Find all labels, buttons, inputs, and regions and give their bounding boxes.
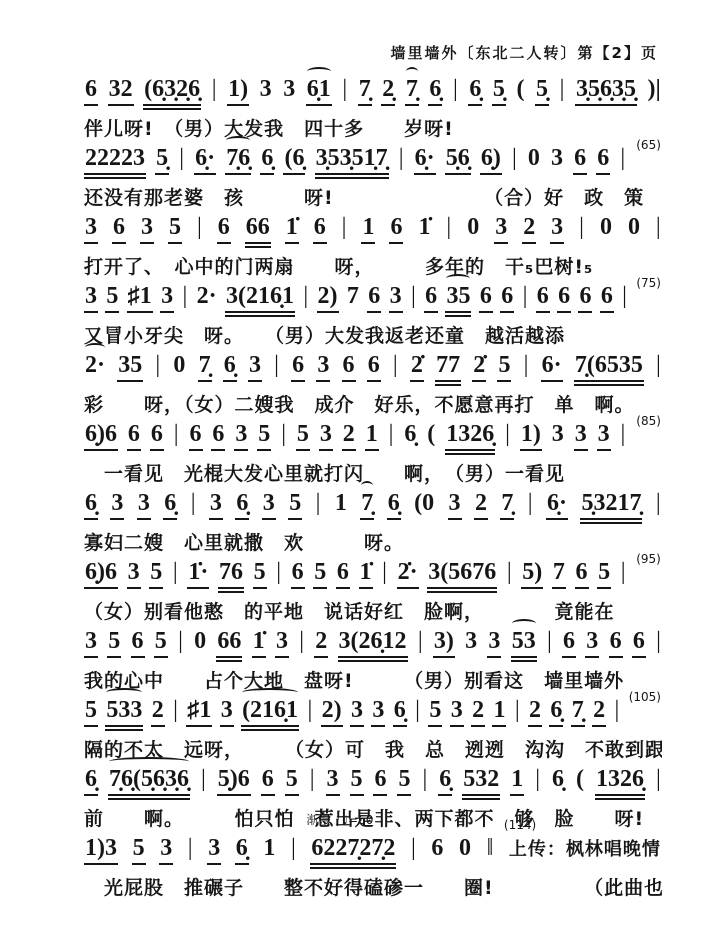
note-token: 6̣ xyxy=(549,697,563,727)
note-token: 1 xyxy=(492,697,506,727)
note-token: 5̣6̣ xyxy=(445,145,471,175)
note-token: 2) xyxy=(321,697,343,727)
note-token: 3 xyxy=(487,628,501,658)
barline: | xyxy=(154,352,161,380)
note-token: 77 xyxy=(435,352,461,386)
note-token: 3 xyxy=(282,76,296,104)
notation-line: 55332|♯13(216̣1|2)336̣|5321|26̣7̣2|(105) xyxy=(84,697,662,733)
barline: | xyxy=(620,421,627,449)
note-token: 2 xyxy=(592,697,606,727)
barline: | xyxy=(280,421,287,449)
note-token: 3 xyxy=(574,421,588,451)
lyrics-line: 伴儿呀! （男）大发我 四十多 岁呀! xyxy=(84,114,662,141)
note-token: 1) xyxy=(227,76,249,106)
barline: | xyxy=(655,352,662,380)
note-token: 7 xyxy=(552,559,566,589)
note-token: 3 xyxy=(262,490,276,520)
system-5: 2·35|07̣6̣3|6366|2̇772̇5|6·7̣(6535|彩 呀，（… xyxy=(84,352,662,415)
note-token: 76 xyxy=(218,559,244,593)
note-token: 3 xyxy=(84,283,98,313)
note-token: 2̇· xyxy=(397,559,419,589)
note-token: 6̣· xyxy=(414,145,436,175)
note-token: 6 xyxy=(367,283,381,313)
note-token: 6 xyxy=(596,145,610,175)
measure-number: (75) xyxy=(635,277,662,291)
note-token: 6 xyxy=(131,628,145,658)
note-token: 1 xyxy=(365,421,379,451)
note-token: 3 xyxy=(551,421,565,449)
note-token: 2 xyxy=(314,628,328,658)
note-token: 5̣)6 xyxy=(217,766,251,796)
barline: | xyxy=(621,283,628,311)
barline: | xyxy=(275,559,282,587)
note-token: 6 xyxy=(373,766,387,796)
barline: | xyxy=(614,697,621,725)
barline: | xyxy=(534,766,541,794)
note-token: 32 xyxy=(108,76,134,106)
barline: | xyxy=(341,76,348,104)
note-token: 5̣ xyxy=(155,145,169,175)
note-token: 7̣6̣(5̣6̣3̣6̣ xyxy=(108,766,190,800)
note-token: 3 xyxy=(84,628,98,658)
note-token: 6 xyxy=(536,283,550,313)
notation-line: 222235̣|6̣·7̣6̣6̣(6̣3̣53̣51̣7̣|6̣·5̣6̣6̣… xyxy=(84,145,662,181)
barline: | xyxy=(388,421,395,449)
note-token: 3 xyxy=(207,835,221,865)
lyrics-line: 还没有那老婆 孩 呀! （合）好 政 策 xyxy=(84,183,662,210)
note-token: 6 xyxy=(632,628,646,658)
note-token: 3 xyxy=(275,628,289,658)
measure-number: (65) xyxy=(635,139,662,153)
note-token: 0 xyxy=(599,214,613,242)
note-token: 6 xyxy=(150,421,164,451)
note-token: 0 xyxy=(527,145,541,173)
note-token: 3 xyxy=(316,352,330,382)
note-token: 2 xyxy=(151,697,165,727)
barline: | xyxy=(620,559,627,587)
note-token: 3 xyxy=(326,766,340,796)
note-token: 6227̣27̣2渐慢 ♩=60 xyxy=(310,835,396,869)
note-token: 1̇ xyxy=(285,214,299,244)
barline: | xyxy=(211,76,218,104)
note-token: 6 xyxy=(367,352,381,382)
note-token: 6̣ xyxy=(551,766,565,794)
measure-number: (95) xyxy=(635,553,662,567)
note-token: (6̣ xyxy=(283,145,305,175)
note-token: 1) xyxy=(520,421,542,451)
note-token: 3 xyxy=(137,490,151,520)
note-token: 22223 xyxy=(84,145,146,179)
lyrics-line: 彩 呀，（女）二嫂我 成介 好乐，不愿意再打 单 啊。 xyxy=(84,390,662,417)
barline: | xyxy=(200,766,207,794)
note-token: 5 xyxy=(288,490,302,520)
note-token: 6 xyxy=(112,214,126,244)
note-token: 6̣)6 xyxy=(84,559,118,589)
note-token: 6̣ xyxy=(393,697,407,727)
note-token: 7̣ xyxy=(500,490,514,520)
note-token: 6̣ xyxy=(235,835,249,865)
note-token: 3 xyxy=(550,145,564,173)
note-token: ( xyxy=(575,766,585,794)
note-token: 6̣ xyxy=(260,145,274,175)
barline: | xyxy=(506,559,513,587)
note-token: 2̇ xyxy=(472,352,486,382)
note-token: 3 xyxy=(140,214,154,244)
note-token: 6̣1 xyxy=(306,76,332,106)
note-token: 6̣ xyxy=(428,76,442,106)
note-token: 6 xyxy=(578,283,592,313)
note-token: 6 xyxy=(573,145,587,175)
note-token: 3 xyxy=(585,628,599,658)
notation-line: 2·35|07̣6̣3|6366|2̇772̇5|6·7̣(6535| xyxy=(84,352,662,388)
barline: | xyxy=(414,697,421,725)
note-token: 5 xyxy=(350,766,364,796)
barline: | xyxy=(309,766,316,794)
barline: | xyxy=(381,559,388,587)
barline: | xyxy=(655,490,662,518)
note-token: 3 xyxy=(389,283,403,313)
note-token: 5̣ xyxy=(492,76,506,106)
barline: | xyxy=(172,697,179,725)
note-token: 7 xyxy=(346,283,360,311)
barline: | xyxy=(196,214,203,242)
note-token: ♯1 xyxy=(186,697,212,727)
system-2: 222235̣|6̣·7̣6̣6̣(6̣3̣53̣51̣7̣|6̣·5̣6̣6̣… xyxy=(84,145,662,208)
note-token: 6 xyxy=(211,421,225,451)
measure-number: (105) xyxy=(628,691,662,705)
note-token: 0 xyxy=(172,352,186,380)
measure-number: (85) xyxy=(635,415,662,429)
barline: | xyxy=(523,352,530,380)
note-token: 6 xyxy=(261,766,275,796)
barline: | xyxy=(522,283,529,311)
note-token: 6̣· xyxy=(546,490,568,520)
note-token: 53 xyxy=(511,628,537,662)
score: 632(6̣3̣2̣6̣|1)336̣1|7̣2̣7̣6̣|6̣5̣(5̣|3̣… xyxy=(84,76,662,904)
note-token: 5̣ xyxy=(535,76,549,106)
note-token: 6̣ xyxy=(468,76,482,106)
note-token: 5 xyxy=(296,421,310,451)
barline: | xyxy=(452,76,459,104)
note-token: 6 xyxy=(342,352,356,382)
note-token: 6̣ xyxy=(84,766,98,796)
note-token: 3 xyxy=(84,214,98,244)
barline: | xyxy=(527,490,534,518)
note-token: 1 xyxy=(262,835,276,863)
note-token: 7̣(6535 xyxy=(574,352,644,386)
note-token: 3 xyxy=(248,352,262,382)
note-token: 3 xyxy=(350,697,364,727)
note-token: 5 xyxy=(107,628,121,658)
system-10: 55332|♯13(216̣1|2)336̣|5321|26̣7̣2|(105)… xyxy=(84,697,662,760)
note-token: (216̣1 xyxy=(241,697,299,731)
note-token: 3(26̣12 xyxy=(338,628,408,662)
sheet-music-page: 墙里墙外〔东北二人转〕第【2】页 632(6̣3̣2̣6̣|1)336̣1|7̣… xyxy=(0,0,718,935)
lyrics-line: 我的心中 占个大地 盘呀! （男）别看这 墙里墙外 xyxy=(84,666,662,693)
note-token: 5 xyxy=(397,766,411,796)
note-token: 6̣ xyxy=(235,490,249,520)
note-token: 3 xyxy=(159,835,173,865)
note-token: 0 xyxy=(193,628,207,656)
barline: | xyxy=(172,559,179,587)
note-token: 6̣ xyxy=(84,490,98,520)
note-token: 3 xyxy=(448,490,462,520)
note-token: 3(5676 xyxy=(427,559,497,593)
barline: | xyxy=(273,352,280,380)
note-token: 1 xyxy=(334,490,348,518)
note-token: 6̣ xyxy=(403,421,417,449)
note-token: 6· xyxy=(541,352,563,382)
note-token: 6 xyxy=(336,559,350,589)
note-token: 2 xyxy=(471,697,485,727)
barline: | xyxy=(290,835,297,863)
note-token: 1 xyxy=(361,214,375,244)
note-token: 5 xyxy=(105,283,119,313)
barline: | xyxy=(398,145,405,173)
note-token: 6 xyxy=(84,76,98,106)
note-token: (0 xyxy=(413,490,435,518)
barline: | xyxy=(655,766,662,794)
note-token: 6̣ xyxy=(387,490,401,520)
notation-line: 632(6̣3̣2̣6̣|1)336̣1|7̣2̣7̣6̣|6̣5̣(5̣|3̣… xyxy=(84,76,662,112)
barline: | xyxy=(302,283,309,311)
note-token: 5 xyxy=(497,352,511,382)
note-token: 0 xyxy=(466,214,480,242)
note-token: 6̣) xyxy=(480,145,502,175)
annotation: (114) xyxy=(504,819,536,833)
note-token: 3(216̣1 xyxy=(225,283,295,317)
note-token: 6 xyxy=(313,214,327,244)
note-token: 2̣ xyxy=(381,76,395,106)
barline: | xyxy=(546,628,553,656)
note-token: 5 xyxy=(253,559,267,589)
barline: | xyxy=(504,421,511,449)
note-token: 3 xyxy=(494,214,508,244)
barline: ‖ xyxy=(486,835,495,863)
barline: | xyxy=(190,490,197,518)
barline: | xyxy=(181,283,188,311)
note-token: 5 xyxy=(84,697,98,727)
notation-line: 6̣)666|6635|5321|6̣(1326̣|1)333|(85) xyxy=(84,421,662,457)
note-token: 3 xyxy=(110,490,124,520)
note-token: 7̣6̣ xyxy=(225,145,251,175)
system-6: 6̣)666|6635|5321|6̣(1326̣|1)333|(85) 一看见… xyxy=(84,421,662,484)
uploader-note: 上传：枫林唱晚情(114) xyxy=(508,840,662,861)
lyrics-line: 一看见 光棍大发心里就打闪 啊， （男）一看见 xyxy=(84,459,662,486)
note-token: 533 xyxy=(105,697,143,731)
note-token: 1326̣ xyxy=(445,421,495,455)
note-token: 2 xyxy=(528,697,542,727)
note-token: 6 xyxy=(562,628,576,658)
note-token: 66 xyxy=(245,214,271,248)
note-token: 5 xyxy=(428,697,442,727)
note-token: 6̣ xyxy=(438,766,452,796)
barline: | xyxy=(655,214,662,242)
note-token: 1 xyxy=(510,766,524,796)
barline: | xyxy=(445,214,452,242)
notation-line: 3565|0661̇3|23(26̣12|3)3353|6366| xyxy=(84,628,662,664)
note-token: 1)3 xyxy=(84,835,118,865)
notation-line: 6̣336̣|36̣35|17̣6̣(0327̣|6̣·5̣3217̣| xyxy=(84,490,662,526)
system-8: 6̣)635|1̇·765|6561̇|2̇·3(5676|5)765|(95)… xyxy=(84,559,662,622)
note-token: 5 xyxy=(132,835,146,865)
note-token: 6 xyxy=(500,283,514,313)
note-token: 6 xyxy=(291,559,305,589)
lyrics-line: 光屁股 推碾子 整不好得磕碜一 圈! （此曲也可参考用F调） xyxy=(84,873,662,900)
note-token: 7̣ xyxy=(358,76,372,106)
note-token: 7̣ xyxy=(198,352,212,382)
system-12: 1)353|36̣1|6227̣27̣2渐慢 ♩=60|60‖上传：枫林唱晚情(… xyxy=(84,835,662,898)
note-token: 5) xyxy=(521,559,543,589)
note-token: 0 xyxy=(627,214,641,242)
note-token: 3 xyxy=(597,421,611,451)
note-token: 3) xyxy=(433,628,455,658)
note-token: 532 xyxy=(462,766,500,800)
note-token: 3 xyxy=(371,697,385,727)
note-token: 35 xyxy=(117,352,143,382)
note-token: 7̣ xyxy=(571,697,585,727)
lyrics-line: 打开了、 心中的门两扇 呀， 多年的 干₅巴树!₅ xyxy=(84,252,662,279)
barline: | xyxy=(315,490,322,518)
note-token: 1̇ xyxy=(417,214,431,242)
note-token: 5 xyxy=(313,559,327,589)
note-token: 3 xyxy=(464,628,478,656)
barline: | xyxy=(578,214,585,242)
note-token: 3 xyxy=(450,697,464,727)
note-token: 7̣ xyxy=(360,490,374,520)
barline: | xyxy=(178,145,185,173)
note-token: 5 xyxy=(597,559,611,589)
note-token: )| xyxy=(647,76,662,104)
annotation: 渐慢 ♩=60 xyxy=(306,814,373,828)
system-7: 6̣336̣|36̣35|17̣6̣(0327̣|6̣·5̣3217̣|寡妇二嫂… xyxy=(84,490,662,553)
note-token: 6 xyxy=(189,421,203,451)
note-token: 1̇· xyxy=(187,559,209,589)
note-token: 3̣53̣51̣7̣ xyxy=(315,145,389,179)
barline: | xyxy=(559,76,566,104)
note-token: 1̇ xyxy=(359,559,373,589)
note-token: 2 xyxy=(474,490,488,520)
note-token: 5 xyxy=(168,214,182,244)
note-token: 3 xyxy=(550,214,564,244)
barline: | xyxy=(619,145,626,173)
barline: | xyxy=(187,835,194,863)
note-token: ( xyxy=(515,76,525,104)
note-token: 6 xyxy=(217,214,231,244)
lyrics-line: 又冒小牙尖 呀。 （男）大发我返老还童 越活越添 xyxy=(84,321,662,348)
note-token: 2) xyxy=(317,283,339,313)
note-token: 3 xyxy=(259,76,273,104)
note-token: 35 xyxy=(445,283,471,317)
notation-line: 6̣)635|1̇·765|6561̇|2̇·3(5676|5)765|(95) xyxy=(84,559,662,595)
note-token: 0 xyxy=(458,835,472,863)
note-token: 3̣5̣6̣3̣5̣ xyxy=(575,76,637,106)
barline: | xyxy=(410,283,417,311)
note-token: 5 xyxy=(257,421,271,451)
note-token: 2 xyxy=(522,214,536,244)
notation-line: 6̣7̣6̣(5̣6̣3̣6̣|5̣)665|3565|6̣5321|6̣(13… xyxy=(84,766,662,802)
note-token: 1̇ xyxy=(252,628,266,658)
note-token: 1326̣ xyxy=(595,766,645,800)
note-token: ♯1 xyxy=(127,283,153,313)
note-token: 6 xyxy=(479,283,493,313)
system-4: 35♯13|2·3(216̣1|2)763|63566|6666|(75)又冒小… xyxy=(84,283,662,346)
note-token: 5̣3217̣ xyxy=(580,490,642,524)
barline: | xyxy=(392,352,399,380)
note-token: 7̣ xyxy=(405,76,419,106)
note-token: 6̣ xyxy=(223,352,237,382)
note-token: 6 xyxy=(609,628,623,658)
page-title: 墙里墙外〔东北二人转〕第【2】页 xyxy=(391,42,658,63)
note-token: 2 xyxy=(342,421,356,451)
notation-line: 3635|6661̇6|161̇|0323|00| xyxy=(84,214,662,250)
note-token: 66 xyxy=(216,628,242,662)
note-token: (6̣3̣2̣6̣ xyxy=(143,76,201,110)
note-token: 3 xyxy=(220,697,234,727)
system-9: 3565|0661̇3|23(26̣12|3)3353|6366|我的心中 占个… xyxy=(84,628,662,691)
barline: | xyxy=(421,766,428,794)
barline: | xyxy=(306,697,313,725)
barline: | xyxy=(417,628,424,656)
note-token: 6 xyxy=(389,214,403,244)
note-token: 6 xyxy=(424,283,438,313)
barline: | xyxy=(511,145,518,173)
lyrics-line: （女）别看他憨 的平地 说话好红 脸啊， 竟能在 xyxy=(84,597,662,624)
note-token: 6 xyxy=(430,835,444,863)
note-token: 6̣ xyxy=(163,490,177,520)
note-token: 5 xyxy=(285,766,299,796)
system-1: 632(6̣3̣2̣6̣|1)336̣1|7̣2̣7̣6̣|6̣5̣(5̣|3̣… xyxy=(84,76,662,139)
barline: | xyxy=(655,628,662,656)
note-token: 3 xyxy=(127,559,141,589)
barline: | xyxy=(341,214,348,242)
note-token: 6̣· xyxy=(194,145,216,175)
lyrics-line: 寡妇二嫂 心里就撒 欢 呀。 xyxy=(84,528,662,555)
note-token: 2· xyxy=(84,352,106,380)
note-token: 6 xyxy=(557,283,571,313)
note-token: 6 xyxy=(127,421,141,451)
notation-line: 1)353|36̣1|6227̣27̣2渐慢 ♩=60|60‖上传：枫林唱晚情(… xyxy=(84,835,662,871)
note-token: 3 xyxy=(234,421,248,451)
barline: | xyxy=(177,628,184,656)
note-token: 3 xyxy=(209,490,223,520)
note-token: 6 xyxy=(600,283,614,313)
note-token: 5 xyxy=(149,559,163,589)
system-3: 3635|6661̇6|161̇|0323|00|打开了、 心中的门两扇 呀， … xyxy=(84,214,662,277)
note-token: 2· xyxy=(196,283,218,311)
note-token: 6̣)6 xyxy=(84,421,118,451)
note-token: 3 xyxy=(160,283,174,313)
barline: | xyxy=(410,835,417,863)
note-token: 6 xyxy=(291,352,305,382)
barline: | xyxy=(173,421,180,449)
note-token: 3 xyxy=(319,421,333,451)
note-token: 2̇ xyxy=(410,352,424,382)
barline: | xyxy=(298,628,305,656)
note-token: 6 xyxy=(575,559,589,589)
note-token: 5 xyxy=(154,628,168,658)
barline: | xyxy=(514,697,521,725)
note-token: ( xyxy=(426,421,436,449)
notation-line: 35♯13|2·3(216̣1|2)763|63566|6666|(75) xyxy=(84,283,662,319)
